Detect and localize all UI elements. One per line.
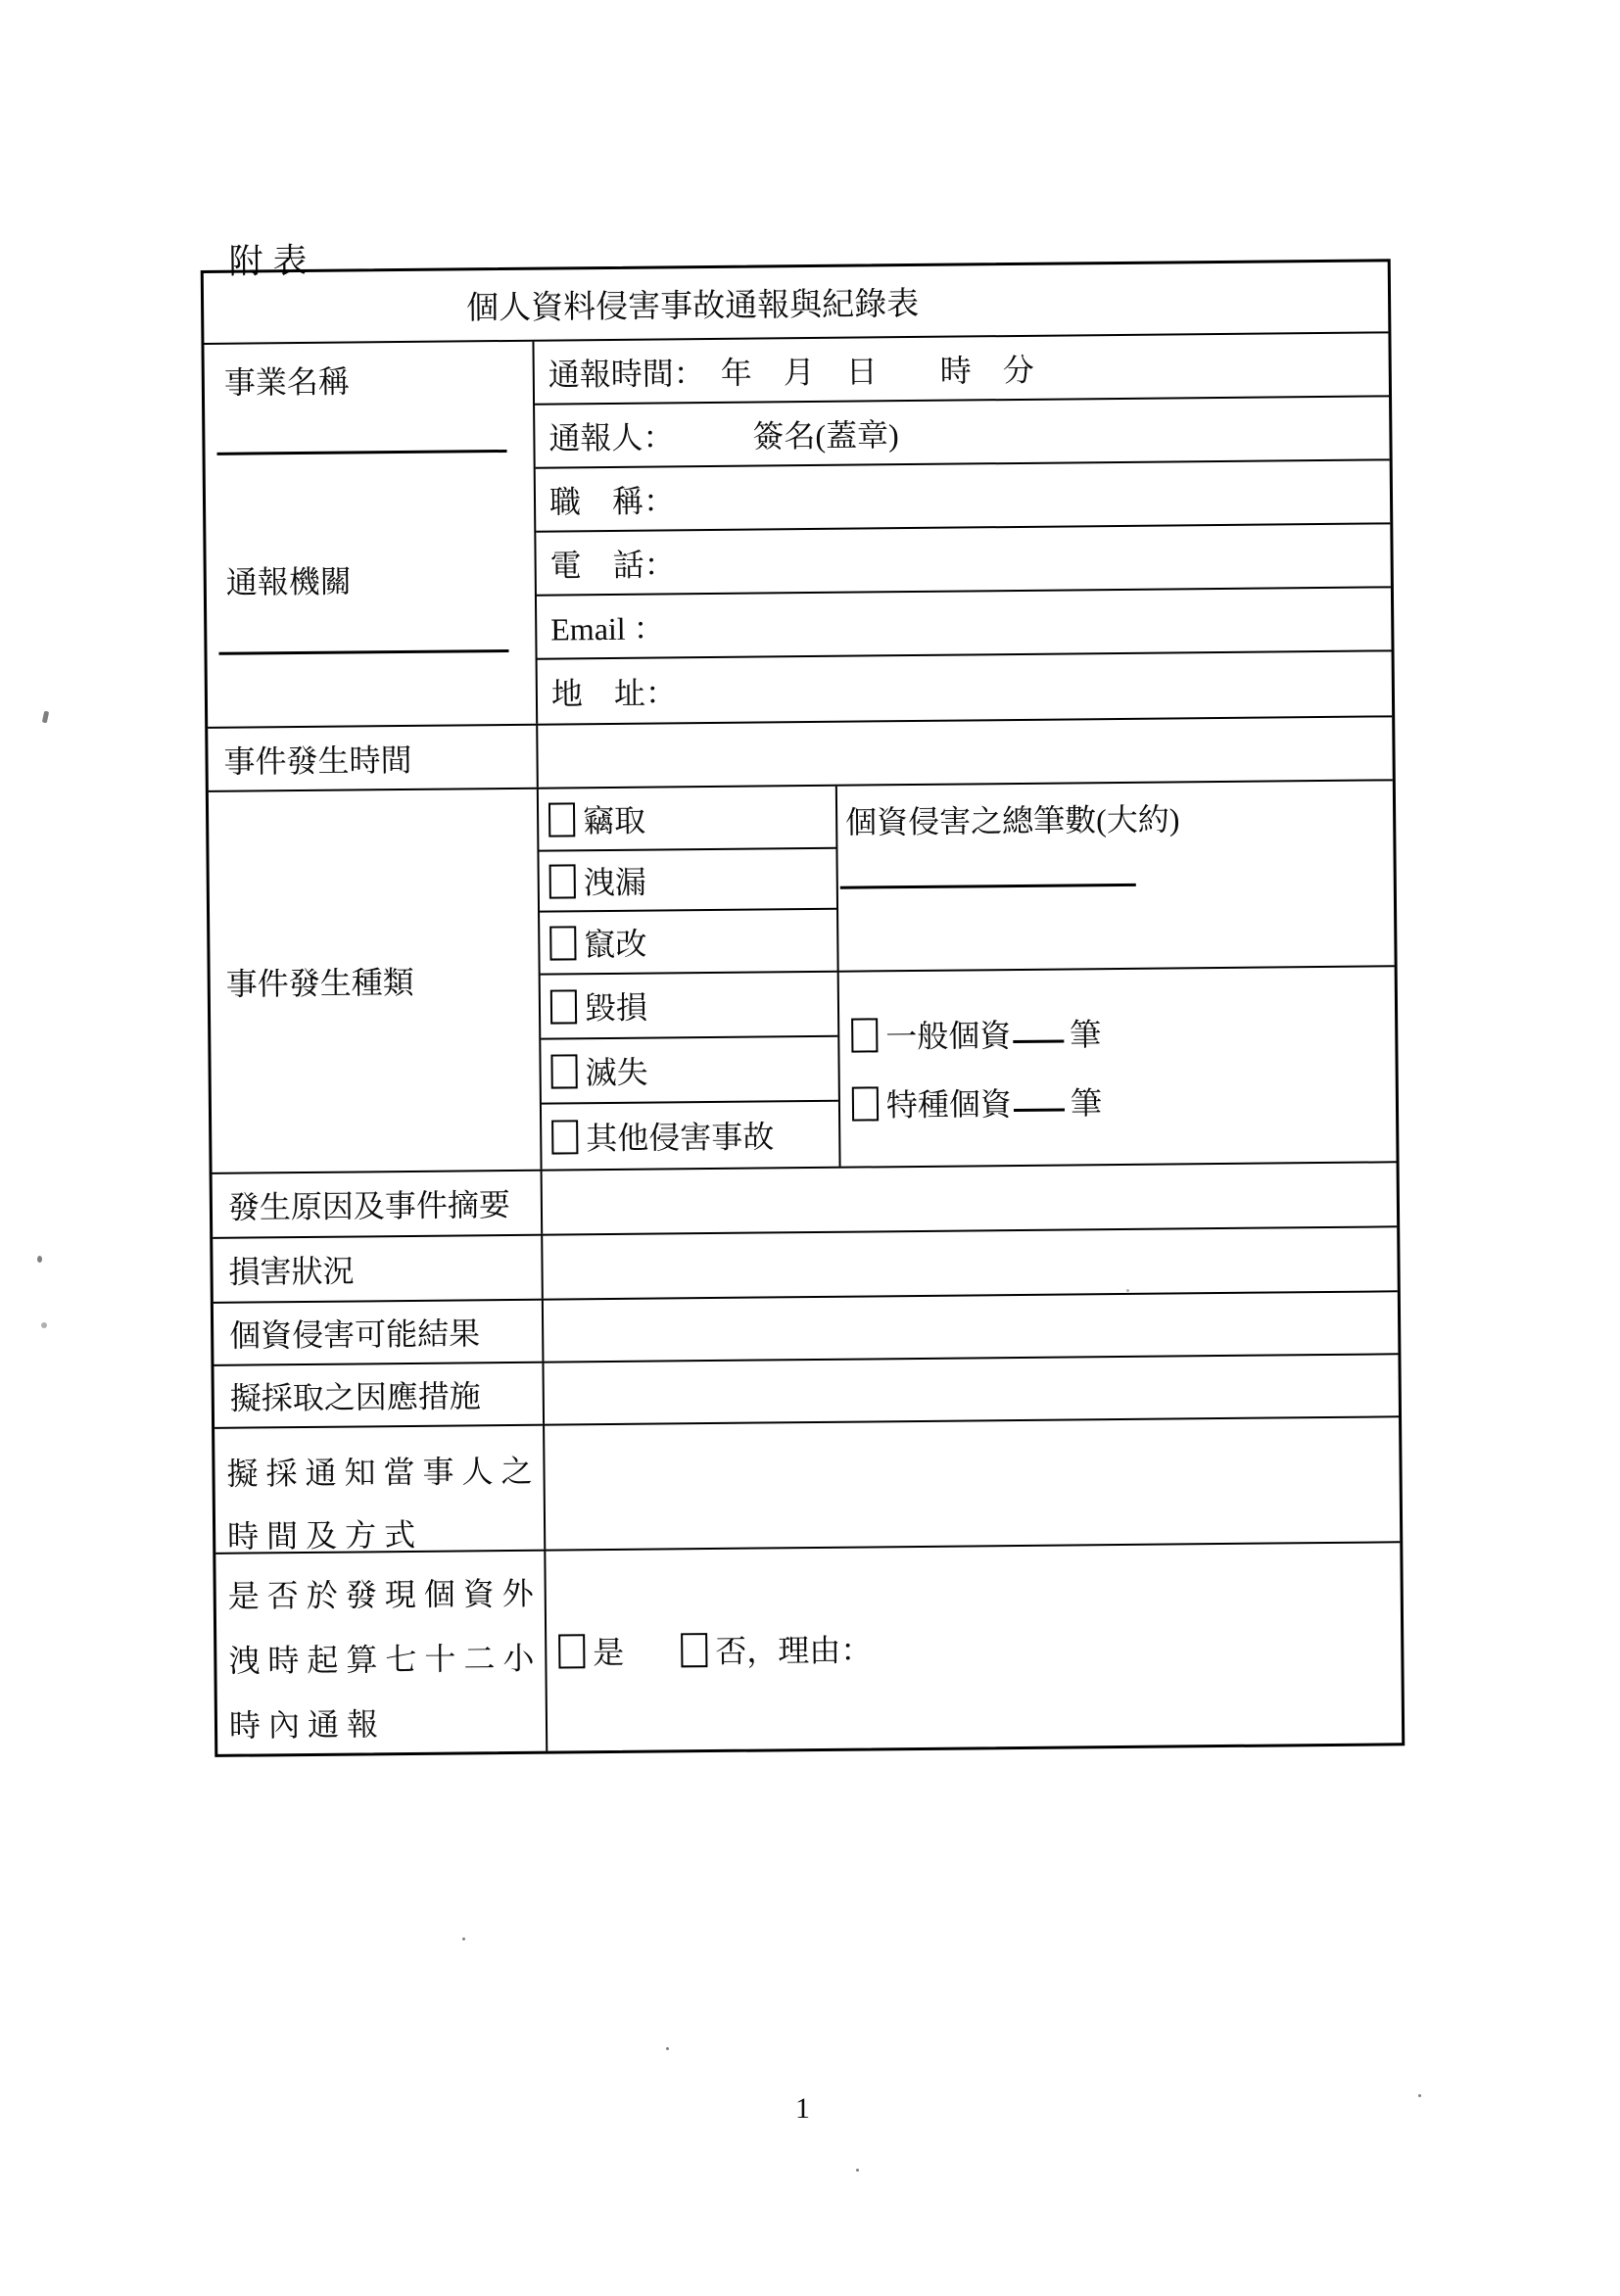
field-address: 地 址： <box>538 651 1393 723</box>
option-damage-label: 毀損 <box>585 983 647 1029</box>
checkbox-damage <box>550 989 577 1024</box>
scan-speck <box>41 1322 47 1328</box>
countermeasures-blank <box>544 1355 1399 1423</box>
event-time-label: 事件發生時間 <box>208 726 539 790</box>
special-data-label: 特種個資 <box>886 1079 1012 1125</box>
possible-result-label: 個資侵害可能結果 <box>214 1301 545 1364</box>
field-email: Email ： <box>537 588 1392 659</box>
special-data-line: 特種個資 筆 <box>852 1076 1396 1125</box>
page-number: 1 <box>795 2092 810 2126</box>
option-loss-label: 滅失 <box>585 1048 647 1094</box>
special-data-count-line <box>1014 1079 1065 1112</box>
field-reporter: 通報人： 簽名(蓋章) <box>535 397 1390 468</box>
special-data-suffix: 筆 <box>1071 1078 1102 1124</box>
cause-summary-label: 發生原因及事件摘要 <box>213 1172 544 1237</box>
option-theft: 竊取 <box>539 787 836 852</box>
scan-speck <box>37 1256 42 1263</box>
checkbox-no <box>681 1633 707 1667</box>
business-agency-cell: 事業名稱 通報機關 <box>204 342 538 727</box>
form-title: 個人資料侵害事故通報與紀錄表 <box>204 278 919 331</box>
yes-no-spacer <box>624 1650 681 1650</box>
option-theft-label: 竊取 <box>583 796 645 842</box>
event-type-options: 竊取 洩漏 竄改 毀損 <box>539 787 841 1170</box>
damage-status-row: 損害狀況 <box>213 1227 1398 1304</box>
field-phone: 電 話： <box>536 524 1391 596</box>
checkbox-loss <box>550 1054 577 1088</box>
title-row: 個人資料侵害事故通報與紀錄表 <box>204 262 1389 345</box>
email-label: Email ： <box>550 603 665 649</box>
scan-speck <box>666 2047 669 2050</box>
yes-label: 是 <box>593 1628 624 1673</box>
checkbox-other <box>551 1120 578 1154</box>
countermeasures-label: 擬採取之因應措施 <box>214 1363 545 1427</box>
scan-rotation-wrapper: 附表 個人資料侵害事故通報與紀錄表 事業名稱 通報機關 通報時間： 年 月 日 … <box>0 0 1620 2296</box>
phone-label: 電 話： <box>549 540 675 586</box>
count-breakdown-cell: 一般個資 筆 特種個資 筆 <box>839 967 1397 1166</box>
event-time-blank <box>538 717 1393 787</box>
checkbox-leak <box>549 864 576 898</box>
event-type-label: 事件發生種類 <box>209 789 543 1172</box>
breach-count-cell: 個資侵害之總筆數(大約) 一般個資 筆 特種個資 <box>837 781 1397 1166</box>
possible-result-blank <box>544 1292 1399 1361</box>
address-label: 地 址： <box>551 668 677 714</box>
event-time-row: 事件發生時間 <box>208 717 1393 792</box>
notify-party-label-line1: 擬 採 通 知 當 事 人 之 <box>226 1440 544 1506</box>
checkbox-theft <box>548 802 575 837</box>
scan-speck <box>1418 2094 1421 2097</box>
scan-speck <box>462 1937 465 1940</box>
checkbox-yes <box>558 1634 585 1668</box>
total-count-cell: 個資侵害之總筆數(大約) <box>837 781 1395 972</box>
business-name-label: 事業名稱 <box>224 358 350 404</box>
cause-summary-blank <box>543 1163 1398 1233</box>
deadline-label-line2: 洩 時 起 算 七 十 二 小 <box>228 1626 546 1694</box>
business-name-writein-line <box>217 450 507 455</box>
option-other: 其他侵害事故 <box>542 1102 839 1170</box>
general-data-count-line <box>1013 1011 1064 1043</box>
notify-party-blank <box>545 1417 1400 1549</box>
contact-rows: 通報時間： 年 月 日 時 分 通報人： 簽名(蓋章) 職 稱： 電 話： Em… <box>534 333 1392 723</box>
scan-speck <box>856 2169 859 2172</box>
option-other-label: 其他侵害事故 <box>586 1112 774 1159</box>
deadline-label-line3: 時 內 通 報 <box>229 1691 547 1758</box>
general-data-label: 一般個資 <box>885 1011 1011 1057</box>
reporter-info-section: 事業名稱 通報機關 通報時間： 年 月 日 時 分 通報人： 簽名(蓋章) 職 … <box>204 333 1392 729</box>
general-data-suffix: 筆 <box>1070 1010 1101 1055</box>
deadline-label: 是 否 於 發 現 個 資 外 洩 時 起 算 七 十 二 小 時 內 通 報 <box>215 1552 548 1754</box>
job-title-label: 職 稱： <box>549 476 675 522</box>
notify-party-row: 擬 採 通 知 當 事 人 之 時 間 及 方 式 <box>214 1417 1400 1555</box>
possible-result-row: 個資侵害可能結果 <box>214 1292 1399 1366</box>
damage-status-label: 損害狀況 <box>213 1236 544 1302</box>
cause-summary-row: 發生原因及事件摘要 <box>213 1163 1398 1239</box>
reporter-label: 通報人： 簽名(蓋章) <box>548 410 899 458</box>
deadline-row: 是 否 於 發 現 個 資 外 洩 時 起 算 七 十 二 小 時 內 通 報 … <box>215 1543 1402 1754</box>
option-damage: 毀損 <box>541 973 838 1040</box>
option-alteration: 竄改 <box>540 910 837 976</box>
option-leak-label: 洩漏 <box>584 858 646 904</box>
no-reason-label: 否，理由： <box>715 1625 872 1672</box>
checkbox-alteration <box>549 926 576 960</box>
option-loss: 滅失 <box>541 1037 838 1105</box>
total-count-label: 個資侵害之總筆數(大約) <box>845 801 1180 839</box>
checkbox-special-data <box>852 1086 879 1121</box>
agency-label: 通報機關 <box>226 557 352 603</box>
agency-writein-line <box>218 649 508 655</box>
breach-report-form-table: 個人資料侵害事故通報與紀錄表 事業名稱 通報機關 通報時間： 年 月 日 時 分… <box>201 259 1406 1757</box>
total-count-writein-line <box>840 884 1136 889</box>
field-report-time: 通報時間： 年 月 日 時 分 <box>534 333 1389 405</box>
option-leak: 洩漏 <box>539 849 836 913</box>
report-time-label: 通報時間： 年 月 日 時 分 <box>548 345 1034 395</box>
deadline-answer-cell: 是 否，理由： <box>546 1543 1402 1750</box>
scanned-form-page: 附表 個人資料侵害事故通報與紀錄表 事業名稱 通報機關 通報時間： 年 月 日 … <box>0 0 1620 2296</box>
deadline-label-line1: 是 否 於 發 現 個 資 外 <box>227 1561 545 1629</box>
general-data-line: 一般個資 筆 <box>851 1007 1395 1057</box>
scan-speck <box>1126 1289 1129 1292</box>
countermeasures-row: 擬採取之因應措施 <box>214 1355 1399 1429</box>
checkbox-general-data <box>851 1018 878 1052</box>
option-alteration-label: 竄改 <box>584 920 646 966</box>
notify-party-label: 擬 採 通 知 當 事 人 之 時 間 及 方 式 <box>214 1426 546 1553</box>
damage-status-blank <box>543 1227 1398 1298</box>
event-type-section: 事件發生種類 竊取 洩漏 竄改 <box>209 781 1397 1174</box>
field-job-title: 職 稱： <box>536 460 1391 532</box>
